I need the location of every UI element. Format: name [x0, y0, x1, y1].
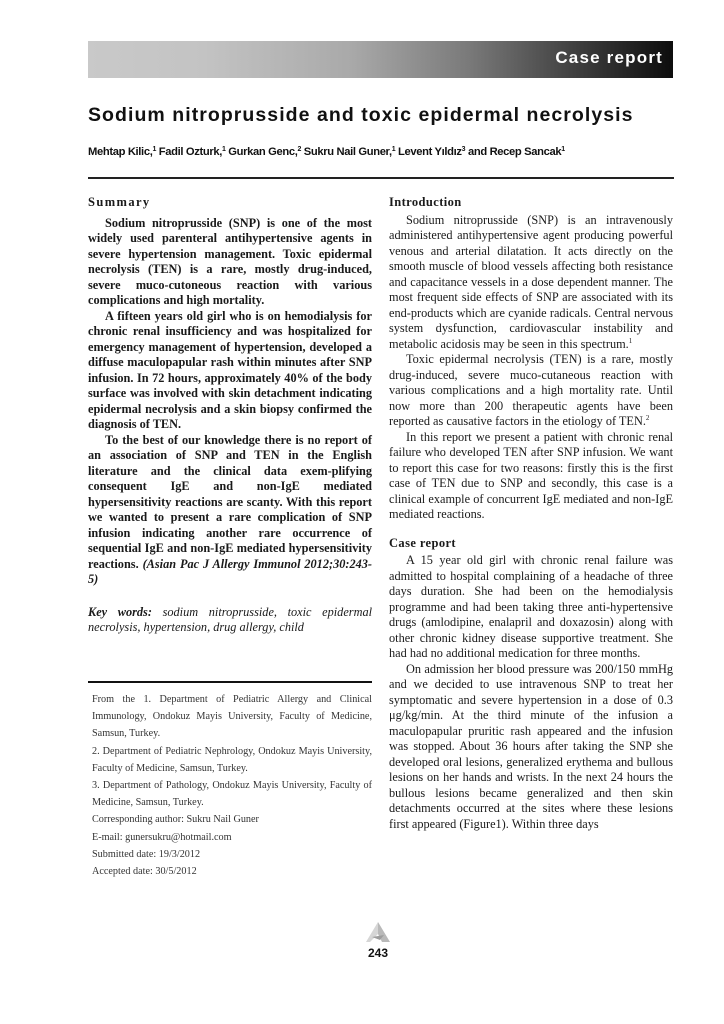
introduction-paragraph: Sodium nitroprusside (SNP) is an intrave…	[389, 213, 673, 353]
summary-paragraph: Sodium nitroprusside (SNP) is one of the…	[88, 216, 372, 309]
author: Mehtap Kilic,1	[88, 146, 156, 158]
author: Fadil Ozturk,1	[159, 146, 226, 158]
affiliation: 3. Department of Pathology, Ondokuz Mayi…	[92, 777, 372, 811]
section-label: Case report	[555, 48, 663, 68]
author: Sukru Nail Guner,1	[304, 146, 395, 158]
case-report-heading: Case report	[389, 536, 673, 552]
corresponding-author: Corresponding author: Sukru Nail Guner	[92, 811, 372, 828]
right-column: Introduction Sodium nitroprusside (SNP) …	[389, 195, 673, 832]
keywords-label: Key words:	[88, 605, 152, 619]
affiliation: From the 1. Department of Pediatric Alle…	[92, 691, 372, 743]
introduction-paragraph: In this report we present a patient with…	[389, 430, 673, 523]
author: Gurkan Genc,2	[228, 146, 301, 158]
author: Levent Yıldız3	[398, 146, 465, 158]
footnote-divider	[88, 681, 372, 683]
reference-marker: 2	[646, 414, 650, 422]
email: E-mail: gunersukru@hotmail.com	[92, 829, 372, 846]
page-number: 243	[362, 946, 394, 960]
summary-heading: Summary	[88, 195, 372, 211]
journal-logo-icon	[366, 922, 390, 942]
affiliation: 2. Department of Pediatric Nephrology, O…	[92, 743, 372, 777]
case-report-paragraph: On admission her blood pressure was 200/…	[389, 662, 673, 833]
author: and Recep Sancak1	[468, 146, 565, 158]
accepted-date: Accepted date: 30/5/2012	[92, 863, 372, 880]
author-list: Mehtap Kilic,1 Fadil Ozturk,1 Gurkan Gen…	[88, 146, 688, 158]
case-report-paragraph: A 15 year old girl with chronic renal fa…	[389, 553, 673, 662]
submitted-date: Submitted date: 19/3/2012	[92, 846, 372, 863]
header-divider	[88, 177, 674, 179]
keywords: Key words: sodium nitroprusside, toxic e…	[88, 605, 372, 636]
summary-paragraph: To the best of our knowledge there is no…	[88, 433, 372, 588]
section-header-bar: Case report	[88, 41, 673, 78]
footnotes: From the 1. Department of Pediatric Alle…	[92, 691, 372, 880]
summary-paragraph: A fifteen years old girl who is on hemod…	[88, 309, 372, 433]
reference-marker: 1	[629, 337, 633, 345]
article-title: Sodium nitroprusside and toxic epidermal…	[88, 104, 688, 127]
introduction-paragraph: Toxic epidermal necrolysis (TEN) is a ra…	[389, 352, 673, 430]
introduction-heading: Introduction	[389, 195, 673, 211]
left-column: Summary Sodium nitroprusside (SNP) is on…	[88, 195, 372, 636]
